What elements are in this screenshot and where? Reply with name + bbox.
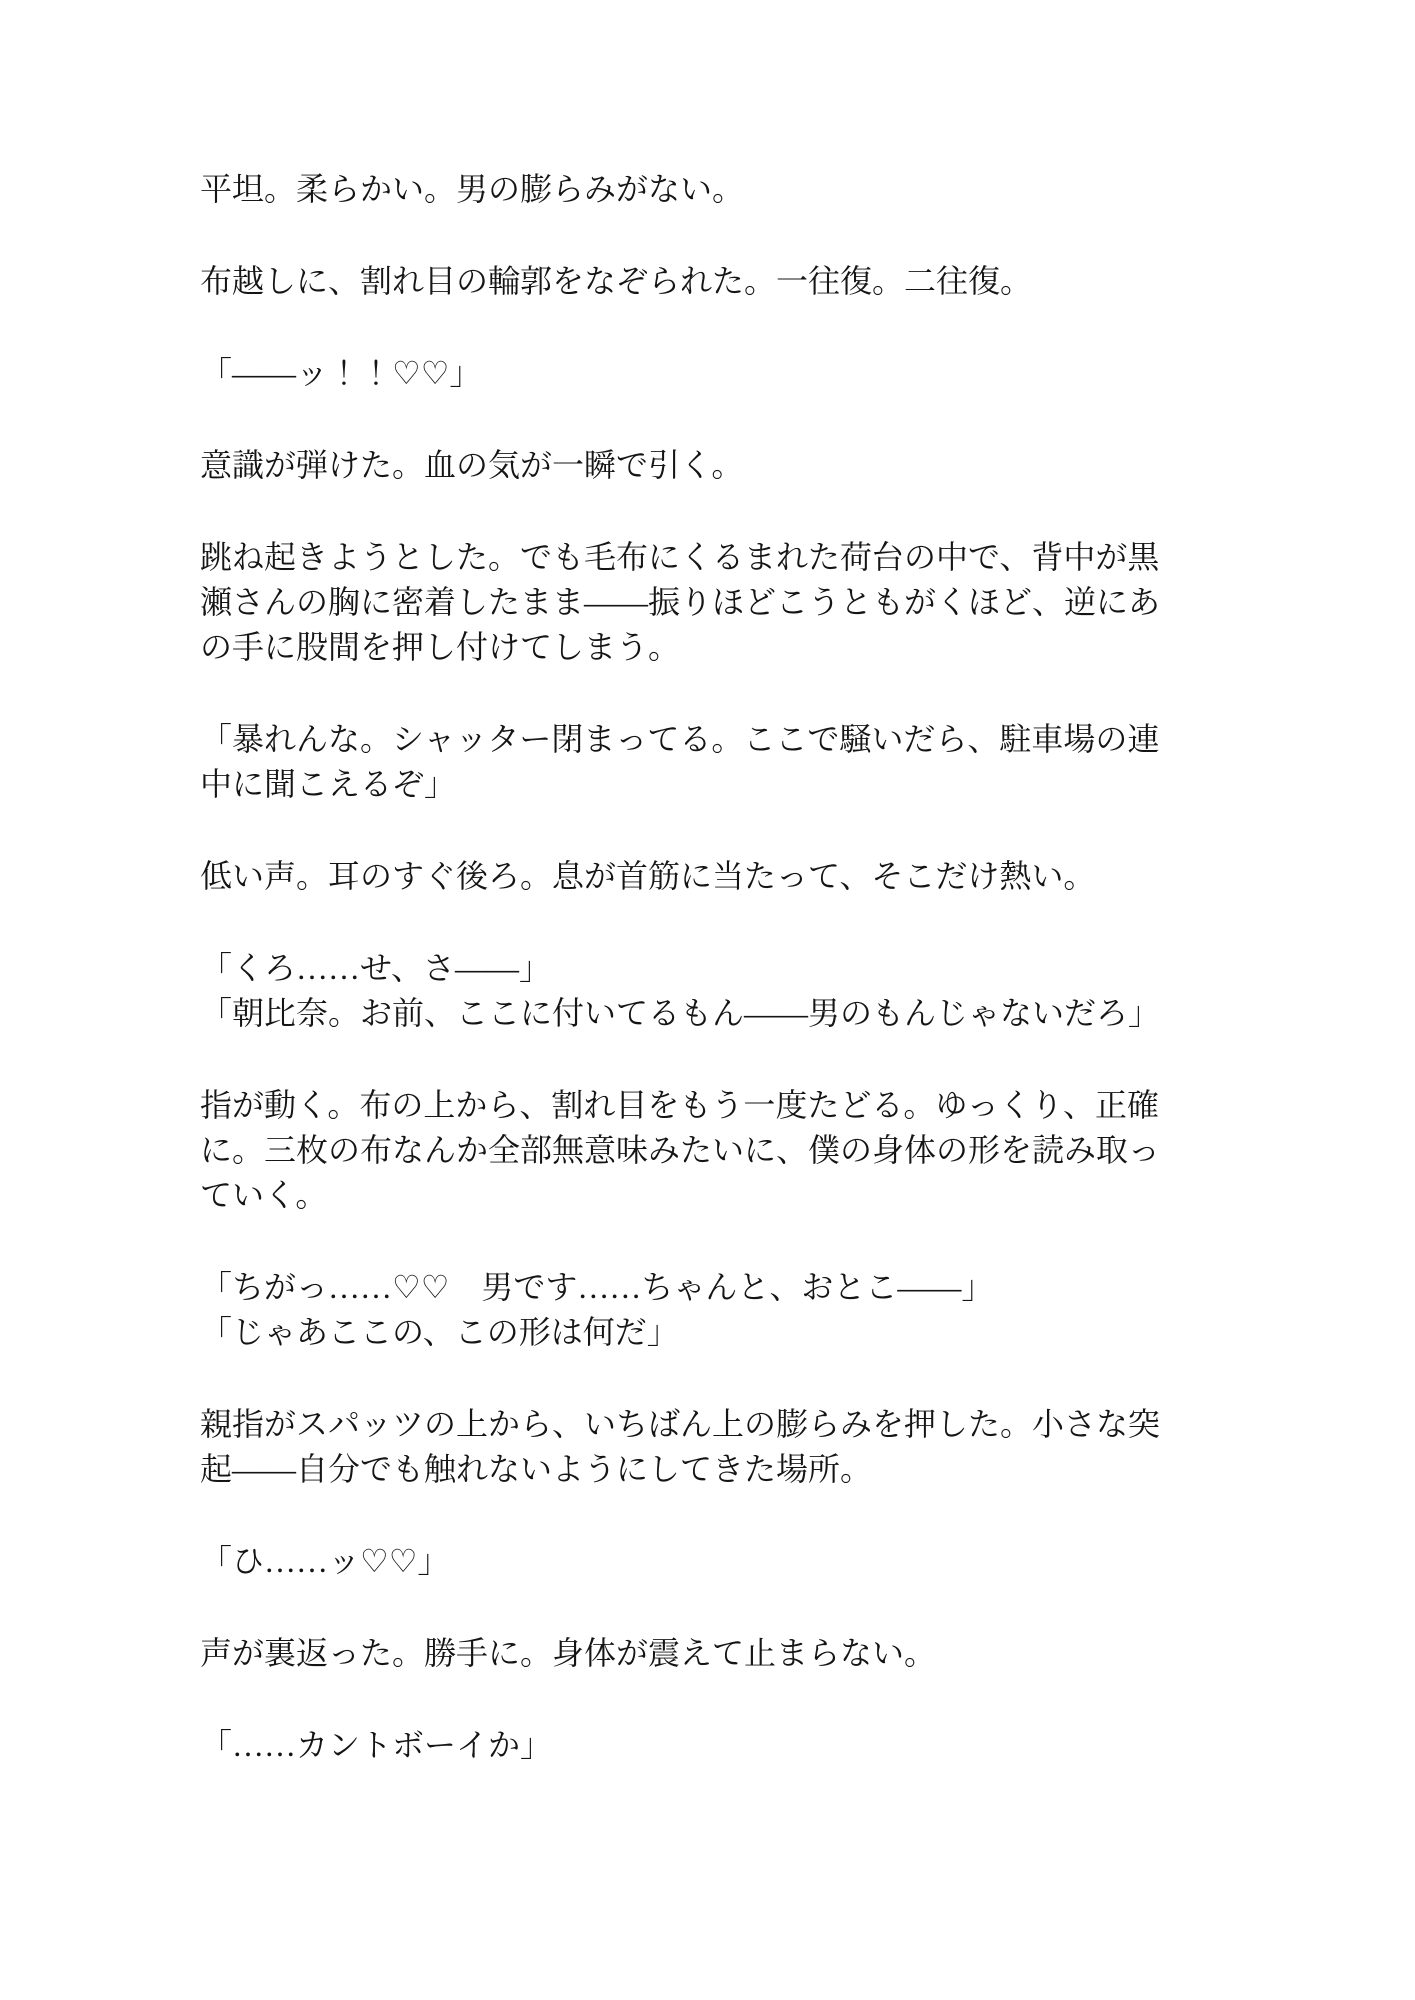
paragraph: 声が裏返った。勝手に。身体が震えて止まらない。 [200,1631,1230,1676]
text-line: 布越しに、割れ目の輪郭をなぞられた。一往復。二往復。 [200,259,1230,304]
text-line: 「ひ……ッ♡♡」 [200,1539,1230,1584]
dialogue-paragraph: 「くろ……せ、さ――」 「朝比奈。お前、ここに付いてるもん――男のもんじゃないだ… [200,946,1230,1036]
paragraph: 跳ね起きようとした。でも毛布にくるまれた荷台の中で、背中が黒 瀬さんの胸に密着し… [200,535,1230,670]
paragraph: 布越しに、割れ目の輪郭をなぞられた。一往復。二往復。 [200,259,1230,304]
text-line: 平坦。柔らかい。男の膨らみがない。 [200,167,1230,212]
text-line: 「くろ……せ、さ――」 [200,946,1230,991]
paragraph: 低い声。耳のすぐ後ろ。息が首筋に当たって、そこだけ熱い。 [200,854,1230,899]
dialogue-paragraph: 「――ッ！！♡♡」 [200,351,1230,396]
text-line: 親指がスパッツの上から、いちばん上の膨らみを押した。小さな突 [200,1402,1230,1447]
dialogue-paragraph: 「ちがっ……♡♡ 男です……ちゃんと、おとこ――」 「じゃあここの、この形は何だ… [200,1265,1230,1355]
text-line: ていく。 [200,1173,1230,1218]
dialogue-paragraph: 「ひ……ッ♡♡」 [200,1539,1230,1584]
text-line: の手に股間を押し付けてしまう。 [200,625,1230,670]
paragraph: 意識が弾けた。血の気が一瞬で引く。 [200,443,1230,488]
text-line: 起――自分でも触れないようにしてきた場所。 [200,1447,1230,1492]
text-line: 「――ッ！！♡♡」 [200,351,1230,396]
text-line: 意識が弾けた。血の気が一瞬で引く。 [200,443,1230,488]
paragraph: 指が動く。布の上から、割れ目をもう一度たどる。ゆっくり、正確 に。三枚の布なんか… [200,1083,1230,1218]
text-line: 瀬さんの胸に密着したまま――振りほどこうともがくほど、逆にあ [200,580,1230,625]
text-line: に。三枚の布なんか全部無意味みたいに、僕の身体の形を読み取っ [200,1128,1230,1173]
text-line: 跳ね起きようとした。でも毛布にくるまれた荷台の中で、背中が黒 [200,535,1230,580]
paragraph: 親指がスパッツの上から、いちばん上の膨らみを押した。小さな突 起――自分でも触れ… [200,1402,1230,1492]
text-line: 声が裏返った。勝手に。身体が震えて止まらない。 [200,1631,1230,1676]
paragraph: 平坦。柔らかい。男の膨らみがない。 [200,167,1230,212]
text-line: 「暴れんな。シャッター閉まってる。ここで騒いだら、駐車場の連 [200,717,1230,762]
dialogue-paragraph: 「……カントボーイか」 [200,1723,1230,1768]
document-text-body: 平坦。柔らかい。男の膨らみがない。 布越しに、割れ目の輪郭をなぞられた。一往復。… [200,167,1230,1815]
text-line: 指が動く。布の上から、割れ目をもう一度たどる。ゆっくり、正確 [200,1083,1230,1128]
text-line: 中に聞こえるぞ」 [200,762,1230,807]
text-line: 低い声。耳のすぐ後ろ。息が首筋に当たって、そこだけ熱い。 [200,854,1230,899]
document-page: 平坦。柔らかい。男の膨らみがない。 布越しに、割れ目の輪郭をなぞられた。一往復。… [0,0,1415,2000]
text-line: 「じゃあここの、この形は何だ」 [200,1310,1230,1355]
text-line: 「……カントボーイか」 [200,1723,1230,1768]
dialogue-paragraph: 「暴れんな。シャッター閉まってる。ここで騒いだら、駐車場の連 中に聞こえるぞ」 [200,717,1230,807]
text-line: 「朝比奈。お前、ここに付いてるもん――男のもんじゃないだろ」 [200,991,1230,1036]
text-line: 「ちがっ……♡♡ 男です……ちゃんと、おとこ――」 [200,1265,1230,1310]
